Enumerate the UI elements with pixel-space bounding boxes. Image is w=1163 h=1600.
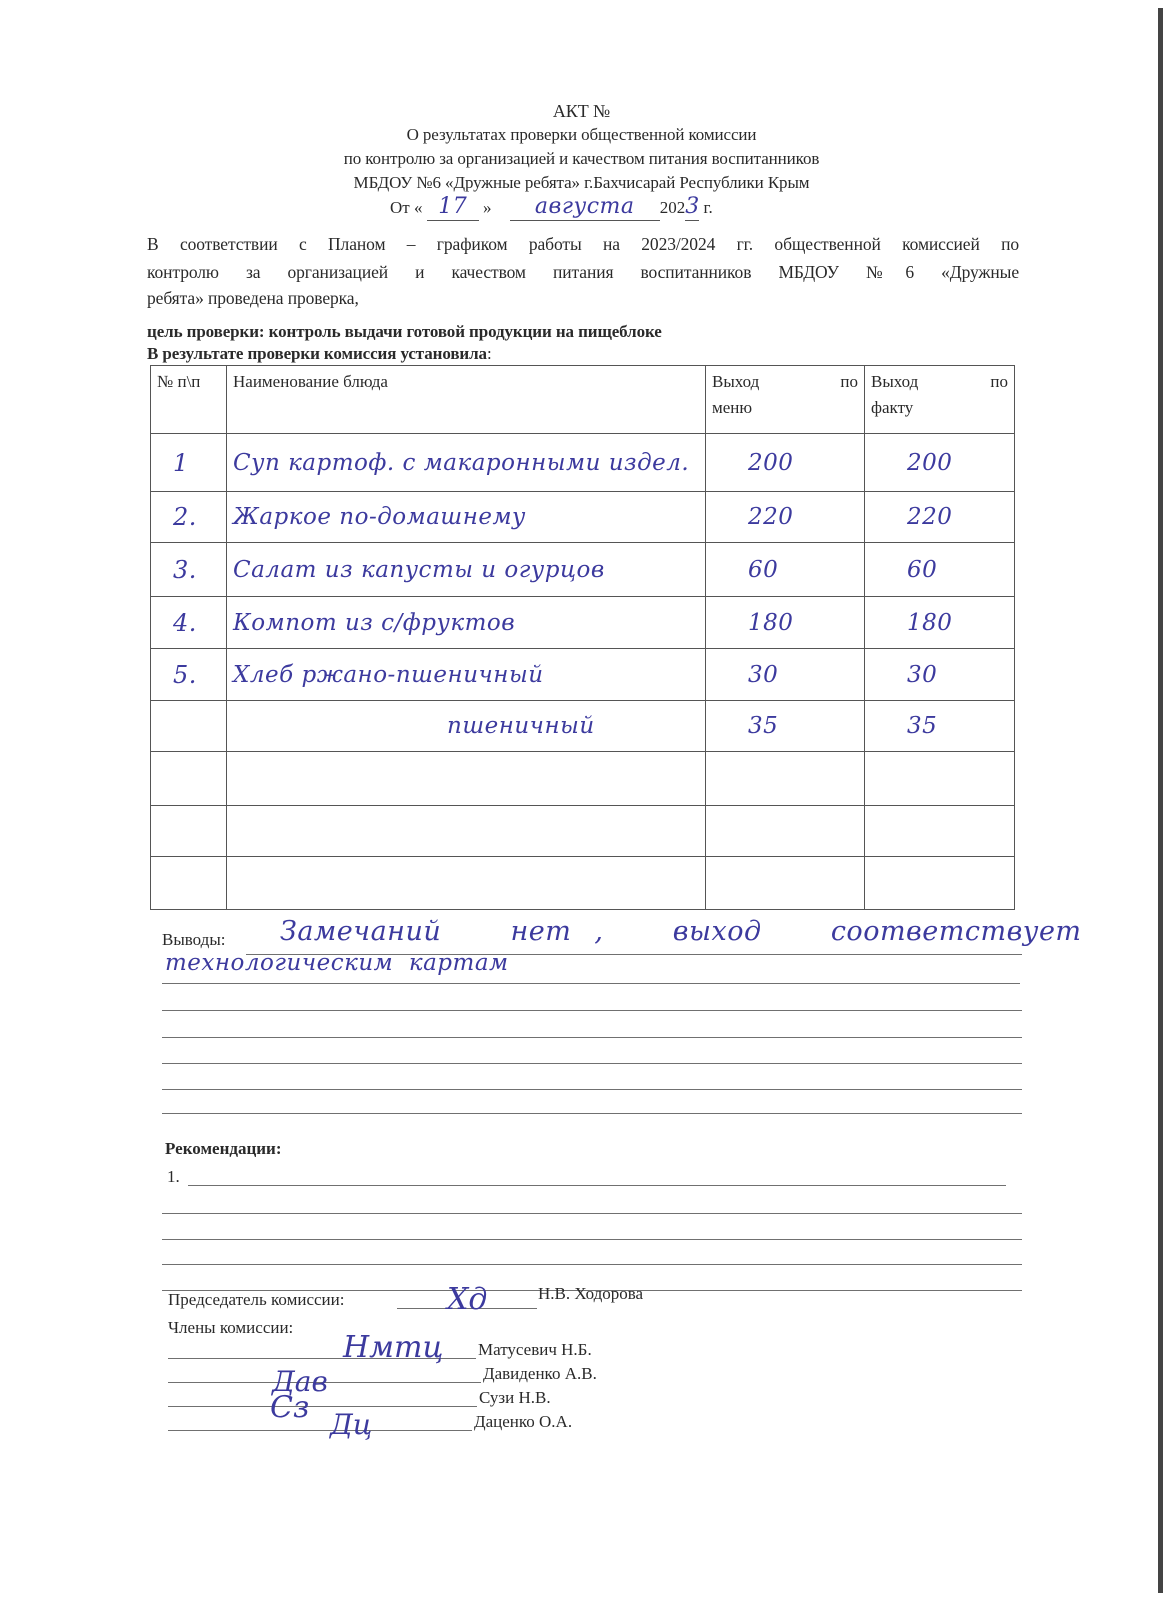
intro-line-3: ребята» проведена проверка, — [147, 286, 1019, 310]
row-number[interactable]: 4. — [151, 597, 227, 649]
table-row: пшеничный3535 — [151, 701, 1015, 752]
recommendation-line-4[interactable] — [162, 1264, 1022, 1265]
fact-yield[interactable]: 200 — [865, 434, 1015, 492]
fact-yield[interactable]: 180 — [865, 597, 1015, 649]
dish-name[interactable]: пшеничный — [227, 701, 706, 752]
chair-name: Н.В. Ходорова — [538, 1284, 643, 1304]
member-sign-line — [168, 1406, 477, 1407]
scan-edge — [1158, 8, 1163, 1593]
conclusions-line-7 — [162, 1113, 1022, 1114]
dish-name[interactable] — [227, 806, 706, 857]
header-fact-a: Выход — [871, 369, 918, 395]
date-year-field[interactable]: 3 — [685, 195, 699, 221]
row-number[interactable] — [151, 752, 227, 806]
member-signature: Нмтц — [343, 1330, 443, 1365]
intro-line-2: контролю за организацией и качеством пит… — [147, 260, 1019, 284]
date-month: августа — [535, 194, 635, 219]
subtitle-line-3: МБДОУ №6 «Дружные ребята» г.Бахчисарай Р… — [0, 172, 1163, 194]
table-row — [151, 806, 1015, 857]
chair-label: Председатель комиссии: — [168, 1290, 344, 1310]
dish-name[interactable]: Салат из капусты и огурцов — [227, 543, 706, 597]
row-number[interactable] — [151, 857, 227, 910]
chair-signature: Хд — [447, 1282, 487, 1317]
conclusions-line-3 — [162, 1010, 1022, 1011]
menu-yield[interactable]: 180 — [706, 597, 865, 649]
dish-name[interactable] — [227, 857, 706, 910]
dish-name[interactable]: Суп картоф. с макаронными издел. — [227, 434, 706, 492]
subtitle-line-1: О результатах проверки общественной коми… — [0, 124, 1163, 146]
date-day-field[interactable]: 17 — [427, 195, 479, 221]
act-date: От « 17 » августа 2023 г. — [390, 195, 713, 221]
member-name: Даценко О.А. — [474, 1412, 572, 1432]
header-fact-c: факту — [871, 395, 1008, 421]
conclusions-line-2 — [162, 983, 1020, 984]
fact-yield[interactable] — [865, 752, 1015, 806]
header-menu-a: Выход — [712, 369, 759, 395]
dish-name[interactable]: Компот из с/фруктов — [227, 597, 706, 649]
meals-table: № п\п Наименование блюда Выходпо меню Вы… — [150, 365, 1015, 910]
header-menu-yield: Выходпо меню — [706, 366, 865, 434]
row-number[interactable] — [151, 701, 227, 752]
header-dish-name: Наименование блюда — [227, 366, 706, 434]
header-fact-yield: Выходпо факту — [865, 366, 1015, 434]
act-title: АКТ № — [0, 100, 1163, 122]
result-heading: В результате проверки комиссия установил… — [147, 342, 1019, 366]
menu-yield[interactable]: 35 — [706, 701, 865, 752]
fact-yield[interactable]: 35 — [865, 701, 1015, 752]
header-num: № п\п — [151, 366, 227, 434]
recommendation-line-3[interactable] — [162, 1239, 1022, 1240]
recommendation-line-1[interactable] — [188, 1185, 1006, 1186]
conclusions-text-2[interactable]: технологическим картам — [165, 950, 509, 976]
table-row: 3.Салат из капусты и огурцов6060 — [151, 543, 1015, 597]
intro-line-1: В соответствии с Планом – графиком работ… — [147, 232, 1019, 256]
menu-yield[interactable] — [706, 857, 865, 910]
fact-yield[interactable]: 220 — [865, 492, 1015, 543]
result-heading-text: В результате проверки комиссия установил… — [147, 344, 487, 363]
fact-yield[interactable]: 60 — [865, 543, 1015, 597]
member-name: Сузи Н.В. — [479, 1388, 551, 1408]
header-menu-b: по — [840, 369, 858, 395]
menu-yield[interactable]: 60 — [706, 543, 865, 597]
date-suffix: г. — [703, 198, 712, 217]
table-header-row: № п\п Наименование блюда Выходпо меню Вы… — [151, 366, 1015, 434]
header-menu-c: меню — [712, 395, 858, 421]
menu-yield[interactable] — [706, 752, 865, 806]
menu-yield[interactable]: 30 — [706, 649, 865, 701]
member-name: Давиденко А.В. — [483, 1364, 597, 1384]
row-number[interactable]: 2. — [151, 492, 227, 543]
row-number[interactable]: 5. — [151, 649, 227, 701]
fact-yield[interactable] — [865, 857, 1015, 910]
date-year-digit: 3 — [685, 194, 700, 219]
table-row: 4.Компот из с/фруктов180180 — [151, 597, 1015, 649]
row-number[interactable]: 1 — [151, 434, 227, 492]
member-signature: Дц — [330, 1408, 372, 1441]
dish-name[interactable] — [227, 752, 706, 806]
menu-yield[interactable]: 200 — [706, 434, 865, 492]
menu-yield[interactable] — [706, 806, 865, 857]
table-row: 1Суп картоф. с макаронными издел.200200 — [151, 434, 1015, 492]
date-month-field[interactable]: августа — [510, 195, 660, 221]
row-number[interactable]: 3. — [151, 543, 227, 597]
conclusions-line-6 — [162, 1089, 1022, 1090]
fact-yield[interactable] — [865, 806, 1015, 857]
dish-name[interactable]: Хлеб ржано-пшеничный — [227, 649, 706, 701]
member-sign-line — [168, 1430, 472, 1431]
date-mid: » — [483, 198, 492, 217]
conclusions-line-5 — [162, 1063, 1022, 1064]
result-heading-colon: : — [487, 344, 492, 363]
subtitle-line-2: по контролю за организацией и качеством … — [0, 148, 1163, 170]
menu-yield[interactable]: 220 — [706, 492, 865, 543]
members-label: Члены комиссии: — [168, 1318, 293, 1338]
conclusions-text-1[interactable]: Замечаний нет , выход соответствует — [280, 916, 1082, 947]
dish-name[interactable]: Жаркое по-домашнему — [227, 492, 706, 543]
recommendation-1-prefix: 1. — [167, 1167, 180, 1187]
date-year-prefix: 202 — [660, 198, 686, 217]
date-prefix: От « — [390, 198, 422, 217]
fact-yield[interactable]: 30 — [865, 649, 1015, 701]
row-number[interactable] — [151, 806, 227, 857]
check-purpose: цель проверки: контроль выдачи готовой п… — [147, 320, 1019, 344]
table-row: 2.Жаркое по-домашнему220220 — [151, 492, 1015, 543]
table-row — [151, 752, 1015, 806]
member-name: Матусевич Н.Б. — [478, 1340, 592, 1360]
conclusions-label: Выводы: — [162, 930, 225, 950]
date-day: 17 — [438, 194, 467, 219]
header-fact-b: по — [990, 369, 1008, 395]
recommendation-line-2[interactable] — [162, 1213, 1022, 1214]
table-row: 5.Хлеб ржано-пшеничный3030 — [151, 649, 1015, 701]
conclusions-line-4 — [162, 1037, 1022, 1038]
recommendations-label: Рекомендации: — [165, 1139, 282, 1159]
member-signature: Сз — [270, 1390, 309, 1425]
table-row — [151, 857, 1015, 910]
